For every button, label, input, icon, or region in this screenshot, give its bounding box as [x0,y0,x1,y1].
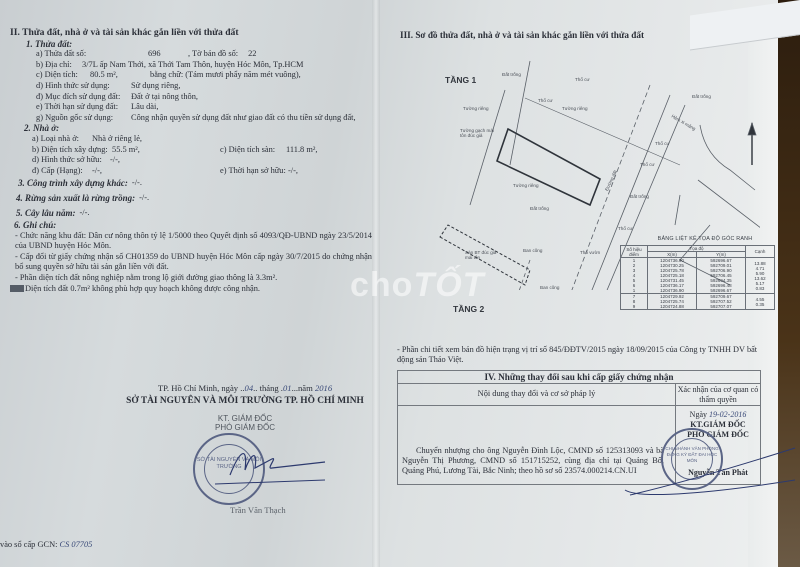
parcel-row: a) Thửa đất số: 696 , Tờ bản đồ số: 22 [36,49,372,60]
address-value: 3/7L ấp Nam Thới, xã Thới Tam Thôn, huyệ… [82,60,303,71]
area-value: 80.5 m², [90,70,150,81]
build-area-value: 55.5 m², [112,145,220,156]
changes-col-content: Nội dung thay đổi và cơ sở pháp lý [398,384,676,405]
other-construction-row: 3. Công trình xây dựng khác: -/-. [18,178,372,189]
ownership-row: d) Hình thức sở hữu: -/-, [32,155,372,166]
hatch-legend-icon [10,285,24,292]
signature-left [210,440,330,490]
section-3: III. Sơ đồ thửa đất, nhà ở và tài sản kh… [400,30,770,40]
signature-right [620,440,800,500]
section-2: II. Thửa đất, nhà ở và tài sản khác gắn … [10,28,372,294]
coordinate-grid: Số hiệu điểmTọa độCạnhX(m)Y(m)1234561120… [620,245,775,310]
section-2-title: II. Thửa đất, nhà ở và tài sản khác gắn … [10,28,372,39]
confirmation-date: Ngày 19-02-2016 [676,410,760,419]
issue-date: TP. Hồ Chí Minh, ngày ..04.. tháng .01..… [100,383,390,393]
signer-name-left: Trần Văn Thạch [230,505,286,515]
watermark: choTỐT [350,266,484,305]
use-form-row: d) Hình thức sử dụng: Sử dụng riêng, [36,81,372,92]
purpose-row: đ) Mục đích sử dụng đất: Đất ở tại nông … [36,92,372,103]
floor-1-label: TẦNG 1 [445,75,476,85]
floor-area-value: 111.8 m², [286,145,317,156]
coordinate-table-title: BẢNG LIỆT KÊ TỌA ĐỘ GÓC RANH [620,236,790,242]
changes-header: Nội dung thay đổi và cơ sở pháp lý Xác n… [398,384,760,406]
detail-note: - Phần chi tiết xem bản đồ hiện trạng vị… [397,345,767,365]
map-sheet-number: 22 [248,49,256,60]
note-item: Diện tích đất 0.7m² không phù hợp quy ho… [10,284,372,295]
signer-title-2: PHÓ GIÁM ĐỐC [100,423,390,432]
signer-title-1: KT. GIÁM ĐỐC [100,414,390,423]
agency-name: SỞ TÀI NGUYÊN VÀ MÔI TRƯỜNG TP. HỒ CHÍ M… [100,396,390,406]
section-4-title: IV. Những thay đổi sau khi cấp giấy chứn… [398,371,760,384]
coordinate-table: BẢNG LIỆT KÊ TỌA ĐỘ GÓC RANH Số hiệu điể… [620,236,790,310]
perennial-row: 5. Cây lâu năm: -/-. [16,208,372,219]
grade-row: đ) Cấp (Hạng): -/-, e) Thời hạn sở hữu: … [32,166,372,177]
area-row: c) Diện tích: 80.5 m², bằng chữ: (Tám mư… [36,70,372,81]
notes-heading: 6. Ghi chú: [14,220,372,231]
note-item: - Phần diện tích đất nông nghiệp nằm tro… [15,273,372,284]
term-row: e) Thời hạn sử dụng đất: Lâu dài, [36,102,372,113]
address-row: b) Địa chỉ: 3/7L ấp Nam Thới, xã Thới Ta… [36,60,372,71]
house-type-row: a) Loại nhà ở: Nhà ở riêng lẻ, [32,134,372,145]
note-item: - Chức năng khu đất: Dân cư nông thôn tỷ… [15,231,372,252]
forest-row: 4. Rừng sản xuất là rừng trồng: -/-. [16,193,372,204]
house-heading: 2. Nhà ở: [24,123,372,134]
floor-2-label: TẦNG 2 [453,304,484,314]
land-heading: 1. Thửa đất: [26,39,372,50]
origin-row: g) Nguồn gốc sử dụng: Công nhận quyền sử… [36,113,372,124]
registry-number: vào sổ cấp GCN: CS 07705 [0,540,92,549]
section-3-title: III. Sơ đồ thửa đất, nhà ở và tài sản kh… [400,30,770,40]
parcel-number: 696 [148,49,188,60]
note-item: - Cấp đổi từ giấy chứng nhận số CH01359 … [15,252,372,273]
left-signature-block: TP. Hồ Chí Minh, ngày ..04.. tháng .01..… [100,383,390,432]
changes-col-confirmation: Xác nhận của cơ quan có thẩm quyền [676,384,760,405]
build-area-row: b) Diện tích xây dựng: 55.5 m², c) Diện … [32,145,372,156]
